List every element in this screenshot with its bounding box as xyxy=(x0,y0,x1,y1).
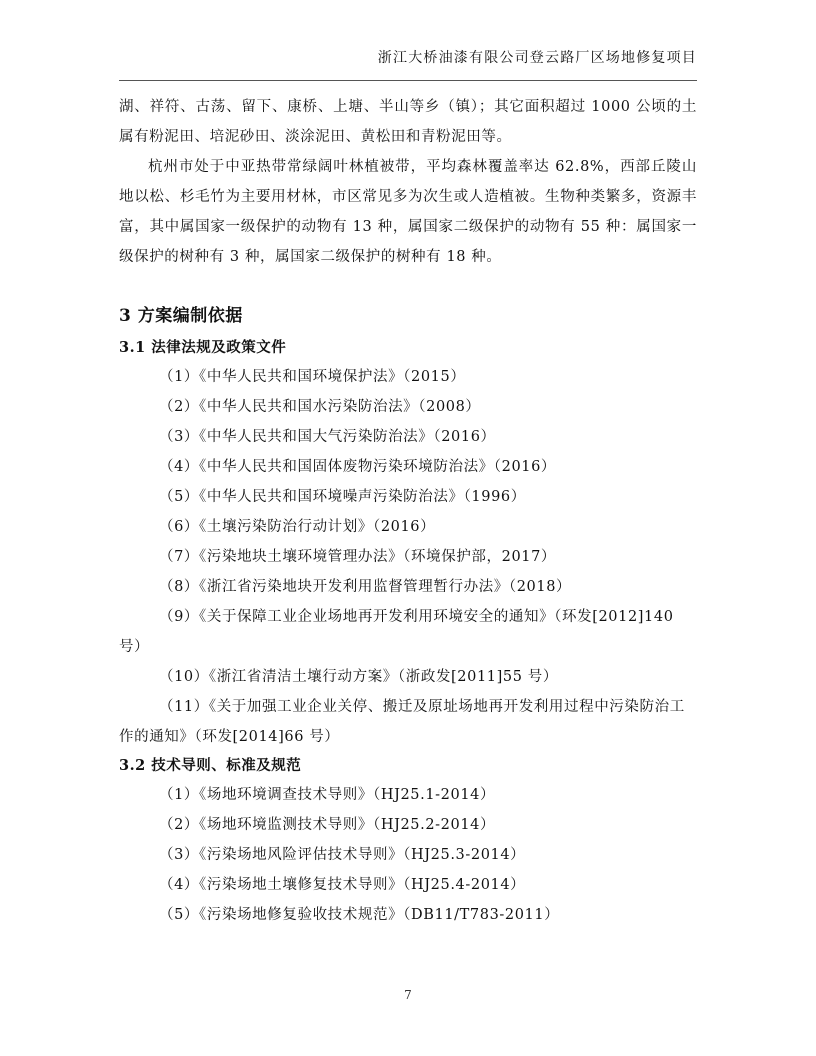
list-item: （5）《污染场地修复验收技术规范》（DB11/T783-2011） xyxy=(119,900,697,930)
subsection-heading-3-2: 3.2 技术导则、标准及规范 xyxy=(119,752,697,780)
list-item: （5）《中华人民共和国环境噪声污染防治法》（1996） xyxy=(119,482,697,512)
list-item: （3）《污染场地风险评估技术导则》（HJ25.3-2014） xyxy=(119,840,697,870)
list-item: （4）《污染场地土壤修复技术导则》（HJ25.4-2014） xyxy=(119,870,697,900)
list-item: （3）《中华人民共和国大气污染防治法》（2016） xyxy=(119,422,697,452)
paragraph-soil-types: 湖、祥符、古荡、留下、康桥、上塘、半山等乡（镇）；其它面积超过 1000 公顷的… xyxy=(119,92,697,152)
section-heading-3: 3 方案编制依据 xyxy=(119,302,697,330)
document-body: 湖、祥符、古荡、留下、康桥、上塘、半山等乡（镇）；其它面积超过 1000 公顷的… xyxy=(119,92,697,930)
list-item: （9）《关于保障工业企业场地再开发利用环境安全的通知》（环发[2012]140 … xyxy=(119,602,697,662)
list-item: （1）《中华人民共和国环境保护法》（2015） xyxy=(119,362,697,392)
list-item: （6）《土壤污染防治行动计划》（2016） xyxy=(119,512,697,542)
subsection-heading-3-1: 3.1 法律法规及政策文件 xyxy=(119,334,697,362)
list-item: （8）《浙江省污染地块开发利用监督管理暂行办法》（2018） xyxy=(119,572,697,602)
header-rule xyxy=(119,80,697,81)
list-item: （11）《关于加强工业企业关停、搬迁及原址场地再开发利用过程中污染防治工作的通知… xyxy=(119,692,697,752)
paragraph-vegetation: 杭州市处于中亚热带常绿阔叶林植被带，平均森林覆盖率达 62.8%，西部丘陵山地以… xyxy=(119,152,697,272)
list-item: （2）《中华人民共和国水污染防治法》（2008） xyxy=(119,392,697,422)
list-item: （1）《场地环境调查技术导则》（HJ25.1-2014） xyxy=(119,780,697,810)
list-item: （10）《浙江省清洁土壤行动方案》（浙政发[2011]55 号） xyxy=(119,662,697,692)
list-item: （4）《中华人民共和国固体废物污染环境防治法》（2016） xyxy=(119,452,697,482)
list-item: （2）《场地环境监测技术导则》（HJ25.2-2014） xyxy=(119,810,697,840)
page-number: 7 xyxy=(0,988,816,1002)
list-item: （7）《污染地块土壤环境管理办法》（环境保护部，2017） xyxy=(119,542,697,572)
page-header-title: 浙江大桥油漆有限公司登云路厂区场地修复项目 xyxy=(119,48,697,68)
